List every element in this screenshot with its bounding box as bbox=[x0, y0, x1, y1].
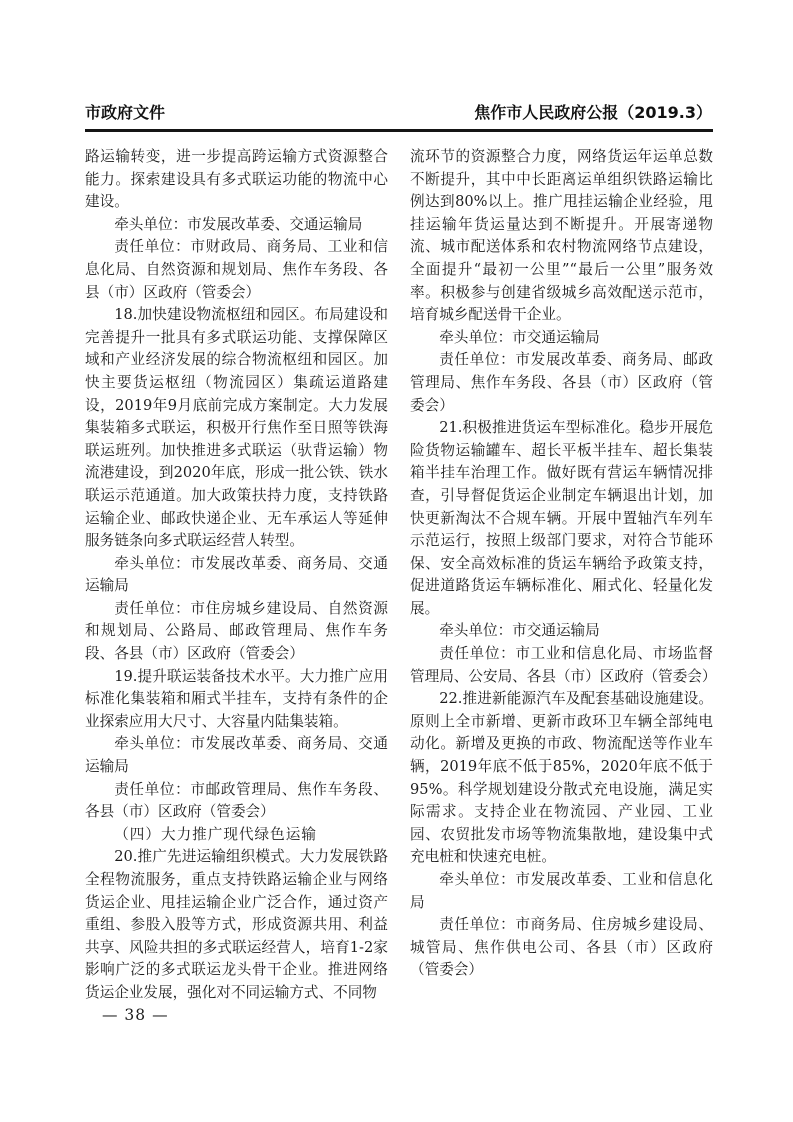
paragraph: 牵头单位：市发展改革委、交通运输局 bbox=[85, 214, 388, 237]
document-category-label: 市政府文件 bbox=[85, 102, 165, 124]
body-text: 路运输转变，进一步提高跨运输方式资源整合能力。探索建设具有多式联运功能的物流中心… bbox=[85, 146, 713, 1005]
paragraph: 牵头单位：市交通运输局 bbox=[410, 327, 713, 350]
paragraph: 20.推广先进运输组织模式。大力发展铁路全程物流服务，重点支持铁路运输企业与网络… bbox=[85, 846, 388, 1004]
paragraph: 18.加快建设物流枢纽和园区。布局建设和完善提升一批具有多式联运功能、支撑保障区… bbox=[85, 304, 388, 553]
paragraph: 责任单位：市邮政管理局、焦作车务段、各县（市）区政府（管委会） bbox=[85, 779, 388, 824]
paragraph: 责任单位：市工业和信息化局、市场监督管理局、公安局、各县（市）区政府（管委会） bbox=[410, 643, 713, 688]
paragraph: 责任单位：市发展改革委、商务局、邮政管理局、焦作车务段、各县（市）区政府（管委会… bbox=[410, 349, 713, 417]
paragraph: 责任单位：市财政局、商务局、工业和信息化局、自然资源和规划局、焦作车务段、各县（… bbox=[85, 236, 388, 304]
paragraph: 22.推进新能源汽车及配套基础设施建设。原则上全市新增、更新市政环卫车辆全部纯电… bbox=[410, 688, 713, 869]
paragraph: 牵头单位：市发展改革委、商务局、交通运输局 bbox=[85, 553, 388, 598]
paragraph: 责任单位：市商务局、住房城乡建设局、城管局、焦作供电公司、各县（市）区政府（管委… bbox=[410, 914, 713, 982]
header-divider bbox=[85, 129, 713, 132]
page-header: 市政府文件 焦作市人民政府公报（2019.3） bbox=[85, 102, 712, 124]
paragraph: 牵头单位：市发展改革委、工业和信息化局 bbox=[410, 869, 713, 914]
paragraph: 路运输转变，进一步提高跨运输方式资源整合能力。探索建设具有多式联运功能的物流中心… bbox=[85, 146, 388, 214]
left-column: 路运输转变，进一步提高跨运输方式资源整合能力。探索建设具有多式联运功能的物流中心… bbox=[85, 146, 388, 1005]
paragraph: 牵头单位：市交通运输局 bbox=[410, 620, 713, 643]
paragraph: 19.提升联运装备技术水平。大力推广应用标准化集装箱和厢式半挂车，支持有条件的企… bbox=[85, 666, 388, 734]
gazette-title: 焦作市人民政府公报（2019.3） bbox=[474, 102, 712, 124]
page-number: — 38 — bbox=[102, 1006, 169, 1024]
paragraph: 21.积极推进货运车型标准化。稳步开展危险货物运输罐车、超长平板半挂车、超长集装… bbox=[410, 417, 713, 620]
paragraph: 责任单位：市住房城乡建设局、自然资源和规划局、公路局、邮政管理局、焦作车务段、各… bbox=[85, 598, 388, 666]
section-heading: （四）大力推广现代绿色运输 bbox=[85, 824, 388, 847]
paragraph: 流环节的资源整合力度，网络货运年运单总数不断提升，其中中长距离运单组织铁路运输比… bbox=[410, 146, 713, 327]
paragraph: 牵头单位：市发展改革委、商务局、交通运输局 bbox=[85, 733, 388, 778]
gazette-page: 市政府文件 焦作市人民政府公报（2019.3） 路运输转变，进一步提高跨运输方式… bbox=[0, 0, 793, 1122]
right-column: 流环节的资源整合力度，网络货运年运单总数不断提升，其中中长距离运单组织铁路运输比… bbox=[410, 146, 713, 1005]
